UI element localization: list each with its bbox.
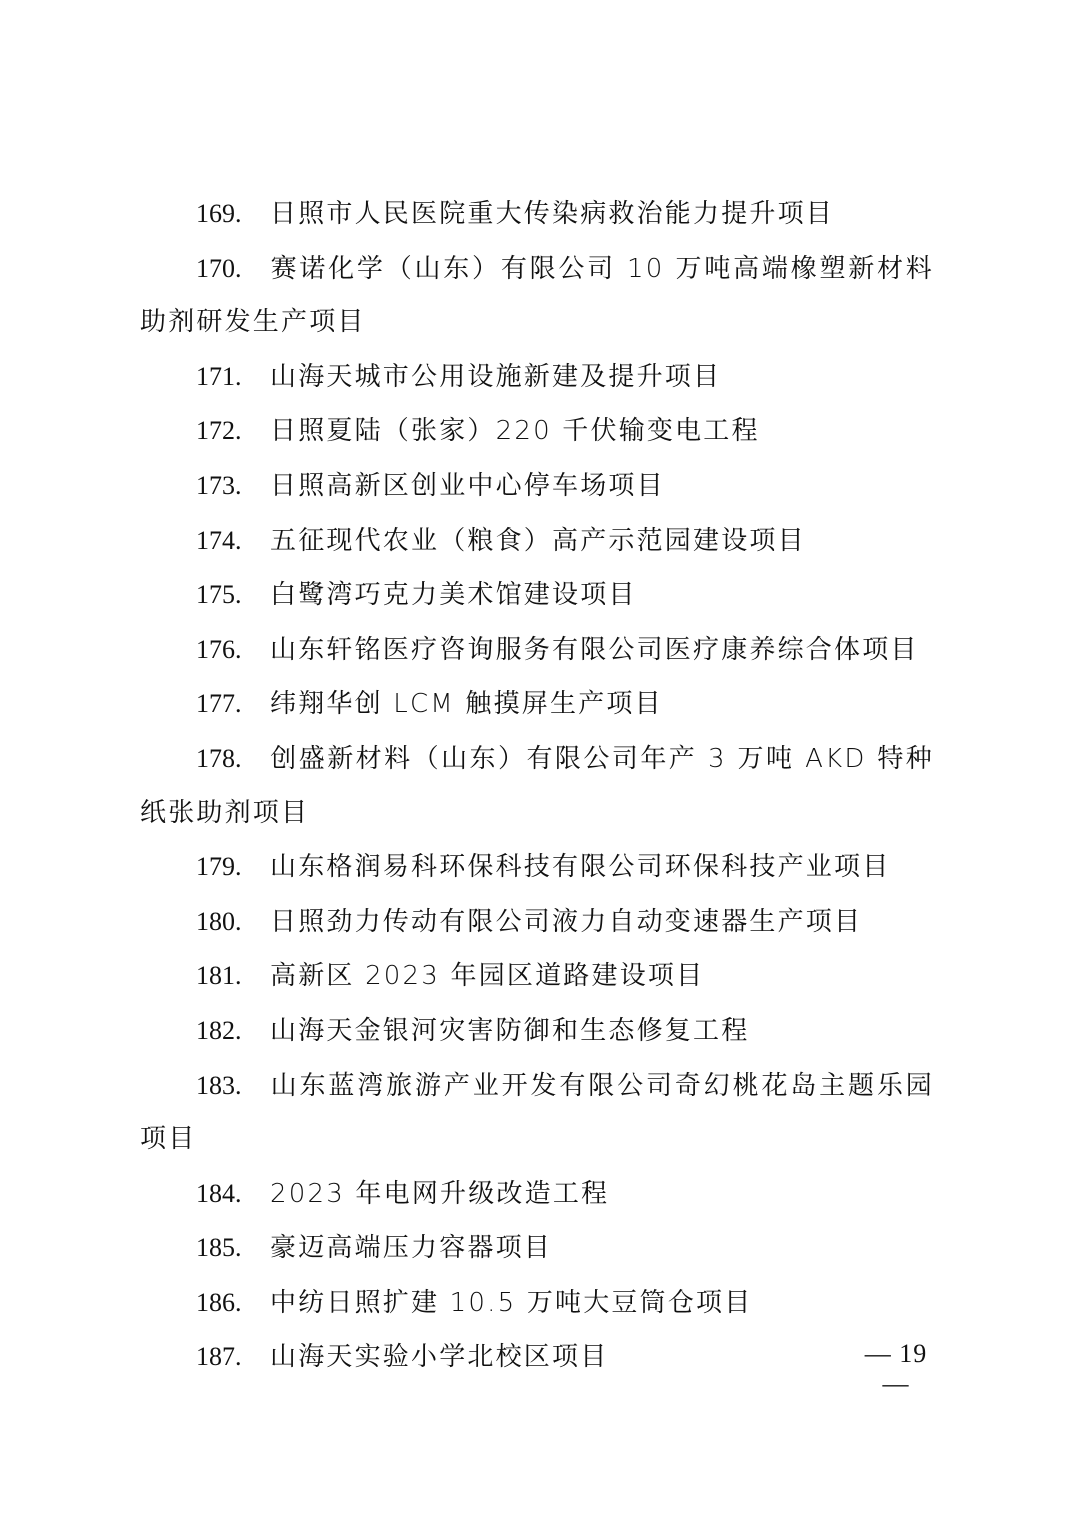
list-item: 173.日照高新区创业中心停车场项目 (140, 459, 934, 514)
list-item: 175.白鹭湾巧克力美术馆建设项目 (140, 568, 934, 623)
item-text: 豪迈高端压力容器项目 (270, 1233, 552, 1263)
list-item: 180.日照劲力传动有限公司液力自动变速器生产项目 (140, 895, 934, 950)
item-number: 169. (196, 187, 270, 241)
item-text: 日照夏陆（张家）220 千伏输变电工程 (270, 416, 760, 446)
item-number: 187. (196, 1330, 270, 1384)
item-text: 日照高新区创业中心停车场项目 (270, 471, 665, 501)
list-item: 186.中纺日照扩建 10.5 万吨大豆筒仓项目 (140, 1276, 934, 1331)
item-text: 日照劲力传动有限公司液力自动变速器生产项目 (270, 907, 862, 937)
item-number: 185. (196, 1221, 270, 1275)
item-text: 山东格润易科环保科技有限公司环保科技产业项目 (270, 852, 890, 882)
item-number: 182. (196, 1004, 270, 1058)
item-number: 186. (196, 1276, 270, 1330)
item-number: 179. (196, 840, 270, 894)
list-item: 170.赛诺化学（山东）有限公司 10 万吨高端橡塑新材料助剂研发生产项目 (140, 242, 934, 350)
document-page: 169.日照市人民医院重大传染病救治能力提升项目 170.赛诺化学（山东）有限公… (0, 0, 1080, 1526)
item-number: 170. (196, 242, 270, 296)
list-item: 176.山东轩铭医疗咨询服务有限公司医疗康养综合体项目 (140, 623, 934, 678)
item-number: 175. (196, 568, 270, 622)
item-text: 日照市人民医院重大传染病救治能力提升项目 (270, 199, 834, 229)
item-number: 178. (196, 732, 270, 786)
item-number: 183. (196, 1059, 270, 1113)
item-text: 山海天金银河灾害防御和生态修复工程 (270, 1016, 749, 1046)
item-text: 五征现代农业（粮食）高产示范园建设项目 (270, 526, 806, 556)
list-item: 179.山东格润易科环保科技有限公司环保科技产业项目 (140, 840, 934, 895)
item-number: 180. (196, 895, 270, 949)
list-item: 183.山东蓝湾旅游产业开发有限公司奇幻桃花岛主题乐园项目 (140, 1059, 934, 1167)
list-item: 178.创盛新材料（山东）有限公司年产 3 万吨 AKD 特种纸张助剂项目 (140, 732, 934, 840)
list-item: 177.纬翔华创 LCM 触摸屏生产项目 (140, 677, 934, 732)
item-text: 高新区 2023 年园区道路建设项目 (270, 961, 704, 991)
item-number: 173. (196, 459, 270, 513)
item-text: 纬翔华创 LCM 触摸屏生产项目 (270, 689, 663, 719)
list-item: 185.豪迈高端压力容器项目 (140, 1221, 934, 1276)
list-item: 182.山海天金银河灾害防御和生态修复工程 (140, 1004, 934, 1059)
item-number: 177. (196, 677, 270, 731)
list-item: 187.山海天实验小学北校区项目 (140, 1330, 934, 1385)
page-number: — 19 — (850, 1339, 942, 1399)
item-text: 山海天实验小学北校区项目 (270, 1342, 608, 1372)
item-number: 184. (196, 1167, 270, 1221)
project-list: 169.日照市人民医院重大传染病救治能力提升项目 170.赛诺化学（山东）有限公… (140, 187, 934, 1385)
item-text: 中纺日照扩建 10.5 万吨大豆筒仓项目 (270, 1288, 752, 1318)
item-number: 176. (196, 623, 270, 677)
item-number: 174. (196, 514, 270, 568)
item-number: 171. (196, 350, 270, 404)
list-item: 171.山海天城市公用设施新建及提升项目 (140, 350, 934, 405)
item-text: 白鹭湾巧克力美术馆建设项目 (270, 580, 637, 610)
item-text: 山东轩铭医疗咨询服务有限公司医疗康养综合体项目 (270, 635, 919, 665)
item-text: 山海天城市公用设施新建及提升项目 (270, 362, 721, 392)
list-item: 172.日照夏陆（张家）220 千伏输变电工程 (140, 404, 934, 459)
item-number: 181. (196, 949, 270, 1003)
list-item: 174.五征现代农业（粮食）高产示范园建设项目 (140, 514, 934, 569)
list-item: 169.日照市人民医院重大传染病救治能力提升项目 (140, 187, 934, 242)
item-text: 2023 年电网升级改造工程 (270, 1179, 609, 1209)
list-item: 181.高新区 2023 年园区道路建设项目 (140, 949, 934, 1004)
list-item: 184.2023 年电网升级改造工程 (140, 1167, 934, 1222)
item-number: 172. (196, 404, 270, 458)
